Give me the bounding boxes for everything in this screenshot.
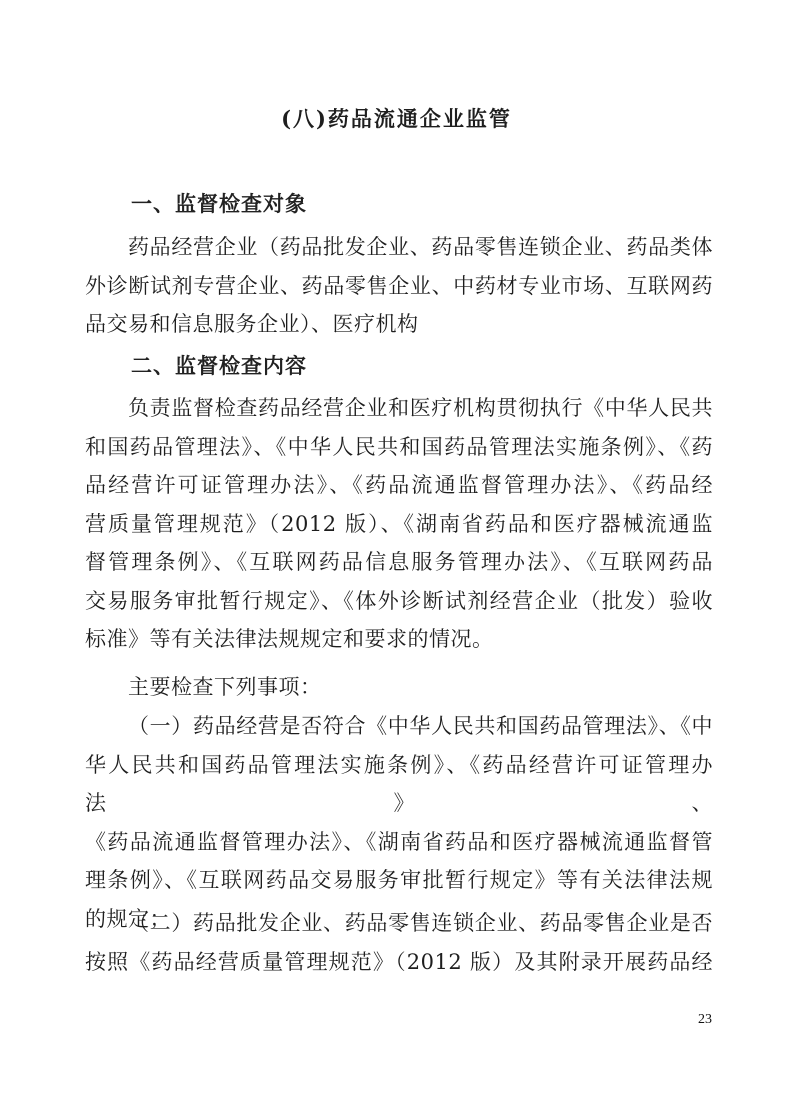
section-2-paragraph: 负责监督检查药品经营企业和医疗机构贯彻执行《中华人民共 和国药品管理法》、《中华… bbox=[85, 389, 713, 659]
section-1-heading: 一、监督检查对象 bbox=[131, 190, 713, 220]
body-line: 品经营许可证管理办法》、《药品流通监督管理办法》、《药品经 bbox=[85, 466, 713, 505]
body-line: 督管理条例》、《互联网药品信息服务管理办法》、《互联网药品 bbox=[85, 543, 713, 582]
document-page: (八)药品流通企业监管 一、监督检查对象 药品经营企业（药品批发企业、药品零售连… bbox=[0, 0, 793, 1096]
page-number: 23 bbox=[698, 1010, 712, 1030]
body-line: 华人民共和国药品管理法实施条例》、《药品经营许可证管理办法》、 bbox=[85, 746, 713, 823]
section-2-heading: 二、监督检查内容 bbox=[131, 352, 713, 382]
body-line: 药品经营企业（药品批发企业、药品零售连锁企业、药品类体 bbox=[85, 228, 713, 267]
body-line: 主要检查下列事项： bbox=[85, 668, 713, 707]
checklist-intro-paragraph: 主要检查下列事项： bbox=[85, 668, 713, 707]
body-line: 标准》等有关法律法规规定和要求的情况。 bbox=[85, 620, 713, 659]
body-line: 《药品流通监督管理办法》、《湖南省药品和医疗器械流通监督管 bbox=[85, 823, 713, 862]
body-line: 外诊断试剂专营企业、药品零售企业、中药材专业市场、互联网药 bbox=[85, 267, 713, 306]
section-1-paragraph: 药品经营企业（药品批发企业、药品零售连锁企业、药品类体 外诊断试剂专营企业、药品… bbox=[85, 228, 713, 344]
body-line: 品交易和信息服务企业）、医疗机构 bbox=[85, 305, 713, 344]
body-line: 和国药品管理法》、《中华人民共和国药品管理法实施条例》、《药 bbox=[85, 428, 713, 467]
doc-title: (八)药品流通企业监管 bbox=[0, 104, 793, 134]
body-line: 理条例》、《互联网药品交易服务审批暂行规定》等有关法律法规 bbox=[85, 861, 713, 900]
body-line: 负责监督检查药品经营企业和医疗机构贯彻执行《中华人民共 bbox=[85, 389, 713, 428]
body-line: （二）药品批发企业、药品零售连锁企业、药品零售企业是否 bbox=[85, 904, 713, 943]
body-line: 交易服务审批暂行规定》、《体外诊断试剂经营企业（批发）验收 bbox=[85, 582, 713, 621]
checklist-item-2: （二）药品批发企业、药品零售连锁企业、药品零售企业是否 按照《药品经营质量管理规… bbox=[85, 904, 713, 981]
body-line: （一）药品经营是否符合《中华人民共和国药品管理法》、《中 bbox=[85, 707, 713, 746]
body-line: 按照《药品经营质量管理规范》（2012 版）及其附录开展药品经 bbox=[85, 943, 713, 982]
body-line: 营质量管理规范》（2012 版）、《湖南省药品和医疗器械流通监 bbox=[85, 505, 713, 544]
